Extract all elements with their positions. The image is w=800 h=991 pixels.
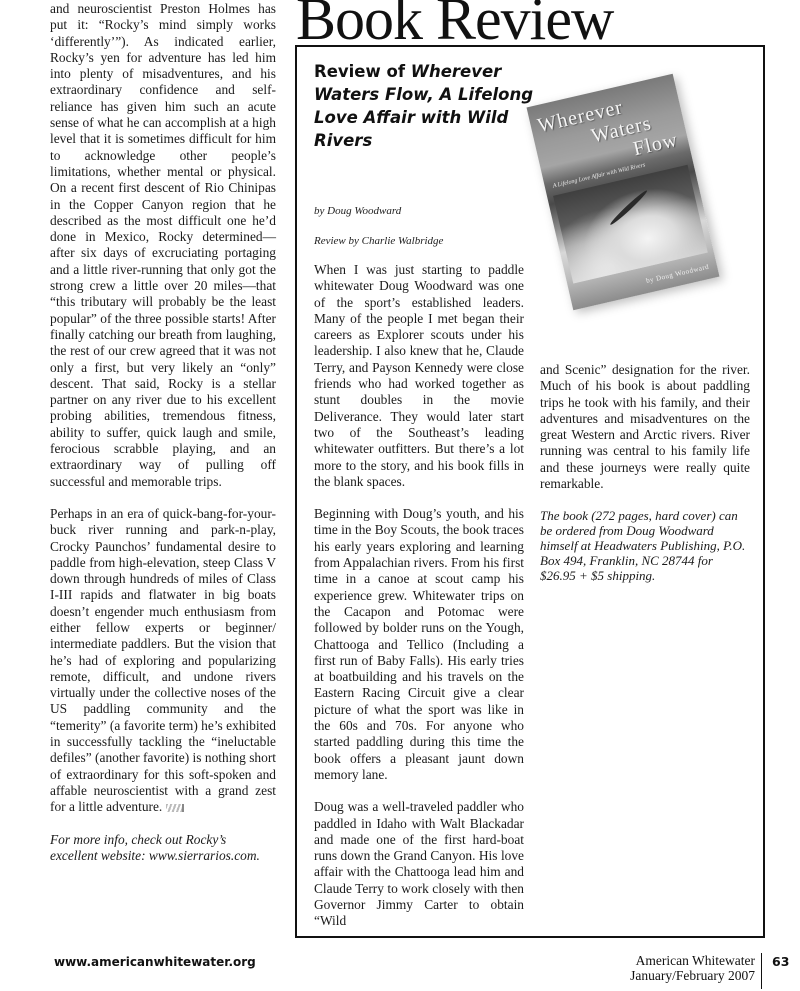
review-paragraph-2: Beginning with Doug’s youth, and his tim…	[314, 506, 524, 783]
review-heading-prefix: Review of	[314, 62, 411, 81]
author-byline: by Doug Woodward	[314, 205, 401, 217]
review-paragraph-1: When I was just starting to paddle white…	[314, 262, 524, 490]
book-cover-title: Wherever Waters Flow	[534, 86, 680, 181]
page-title: Book Review	[296, 0, 613, 50]
footer-website-link[interactable]: www.americanwhitewater.org	[54, 955, 256, 969]
order-info: The book (272 pages, hard cover) can be …	[540, 508, 750, 583]
left-column-article: and neuroscientist Preston Holmes has pu…	[50, 0, 276, 880]
footer-publication-info: American Whitewater January/February 200…	[630, 953, 762, 989]
page-number: 63	[772, 954, 789, 969]
review-heading: Review of Wherever Waters Flow, A Lifelo…	[314, 60, 534, 152]
review-right-column: and Scenic” designation for the river. M…	[540, 362, 750, 599]
left-paragraph-2: Perhaps in an era of quick-bang-for-your…	[50, 506, 276, 816]
review-paragraph-4: and Scenic” designation for the river. M…	[540, 362, 750, 492]
footer-publication-name: American Whitewater	[630, 953, 755, 968]
review-paragraph-3: Doug was a well-traveled paddler who pad…	[314, 799, 524, 929]
aw-end-mark-icon	[166, 804, 184, 812]
more-info-note: For more info, check out Rocky’s excelle…	[50, 832, 276, 865]
reviewer-byline: Review by Charlie Walbridge	[314, 235, 443, 247]
footer-issue-date: January/February 2007	[630, 968, 755, 983]
left-paragraph-1: and neuroscientist Preston Holmes has pu…	[50, 1, 276, 490]
review-middle-column: When I was just starting to paddle white…	[314, 262, 524, 946]
left-paragraph-2-text: Perhaps in an era of quick-bang-for-your…	[50, 506, 276, 814]
